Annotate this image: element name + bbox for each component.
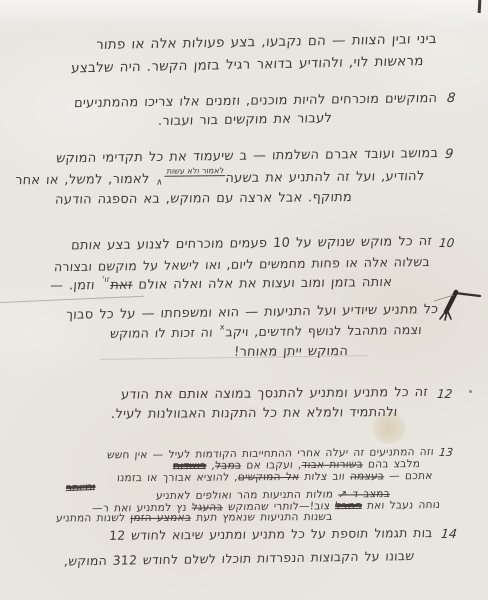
handwritten-line: ומיותר xyxy=(65,481,95,494)
handwritten-line: ביני ובין הצוות — הם נקבעו, בצע פעולות א… xyxy=(96,32,438,53)
clause-number: 8 xyxy=(446,91,456,106)
handwritten-line: לעבור את מוקשים בור ועבור. xyxy=(158,112,333,130)
handwritten-text: אותה בזמן ומוב ועצות את אלה ואלה אולם xyxy=(132,275,393,293)
handwritten-text: זה כל מוקש שנוקש על 10 פעמים מוכרחים לצנ… xyxy=(70,234,432,253)
handwritten-text: בשלוה אלה או פחות מחמשים ליום, ואו לישאל… xyxy=(54,254,431,274)
handwritten-line: בשנות התניעות שנאמץ תעת באמצע הזמן לשנות… xyxy=(55,511,332,525)
handwritten-text: , ועקבו אם xyxy=(241,459,302,472)
handwritten-text: לשנות המתניע xyxy=(55,512,130,524)
handwritten-text: וצמה מתהבל לנושף לחדשים, ויקב xyxy=(225,322,423,339)
handwritten-text: אתכם — xyxy=(383,470,432,482)
handwritten-line: שבונו על הקבוצות הנפרדות תוכלו לשלם לחוד… xyxy=(63,549,414,569)
inserted-text-above: לאמור ולא עשות xyxy=(164,166,226,177)
handwritten-line: המוקשים מוכרחים להיות מוכנים, וזמנים אלו… xyxy=(73,92,437,112)
insertion-caret: ∧ xyxy=(155,178,163,188)
handwritten-text: כל מתניע שיודיע ועל התניעות — הוא ומשפחת… xyxy=(65,302,438,323)
clause-number: 13 xyxy=(438,446,453,459)
handwritten-text: שבונו על הקבוצות הנפרדות תוכלו לשלם לחוד… xyxy=(63,548,414,569)
scanned-page: ביני ובין הצוות — הם נקבעו, בצע פעולות א… xyxy=(0,0,488,600)
handwritten-line: כל מתניע שיודיע ועל התניעות — הוא ומשפחת… xyxy=(65,303,438,324)
superscript-note: זו' xyxy=(102,275,110,284)
handwritten-text: מלבצ בהם xyxy=(362,458,420,471)
clause-number: 14 xyxy=(440,526,457,541)
handwritten-line: ולהתמיד ולמלא את כל התקנות האבוולנות לעי… xyxy=(110,406,398,423)
handwritten-line: המוקש ייתן מאוחר! xyxy=(233,345,348,361)
handwritten-text: וזמן. — xyxy=(50,278,102,294)
handwritten-text: ולהתמיד ולמלא את כל התקנות האבוולנות לעי… xyxy=(110,405,398,422)
struck-text: במצב ד ↗ xyxy=(338,488,391,500)
handwritten-text: מתוקף. אבל ארצה עם המוקש, בא הספגה הודעה xyxy=(55,190,353,208)
handwritten-line: וצמה מתהבל לנושף לחדשים, ויקבx וה זכות ל… xyxy=(110,323,423,341)
heavily-struck-text: פמבל xyxy=(334,500,362,512)
struck-text: במבל xyxy=(214,460,241,472)
handwritten-text: ווב צלות xyxy=(298,471,350,483)
struck-text: בשורות אבוד xyxy=(301,458,363,471)
struck-text: אל המוקשים xyxy=(237,471,299,483)
handwritten-text: להודיע, ועל זה להתניע את בשעה xyxy=(225,169,425,186)
handwritten-text: , להוציא אבורך או בזמנו xyxy=(116,471,238,484)
handwritten-line: זה כל מוקש שנוקש על 10 פעמים מוכרחים לצנ… xyxy=(70,235,432,254)
clause-number: 9 xyxy=(444,147,454,162)
handwritten-text: נוחה נעבל ואת xyxy=(361,499,440,512)
handwritten-line: בות תגמול תוספת על כל מתניע ומתניע שיבוא… xyxy=(109,526,434,543)
clause-number: 12 xyxy=(436,387,453,401)
handwritten-text: מראשות לוי, ולהודיע בדואר רגיל בזמן הקשר… xyxy=(71,53,425,76)
struck-text: באמצע הזמן xyxy=(129,512,191,524)
handwritten-text: במושב ועובד אברם השלמתו — ב שיעמוד את כל… xyxy=(55,146,438,166)
handwritten-line: להודיע, ועל זה להתניע את בשעהלאמור ולא ע… xyxy=(14,170,424,189)
heavily-struck-text: בושדות xyxy=(172,460,206,472)
heavily-struck-text: ומיותר xyxy=(65,481,95,494)
handwritten-text: בות תגמול תוספת על כל מתניע ומתניע שיבוא… xyxy=(109,525,434,543)
clause-number: 10 xyxy=(438,236,455,250)
handwritten-line: אותה בזמן ומוב ועצות את אלה ואלה אולם זא… xyxy=(50,276,393,295)
handwritten-line: זה כל מתניע ומתניע להתנסך במוצה אותם את … xyxy=(120,386,428,404)
handwritten-text-layer: ביני ובין הצוות — הם נקבעו, בצע פעולות א… xyxy=(0,0,488,600)
handwritten-line: מתוקף. אבל ארצה עם המוקש, בא הספגה הודעה xyxy=(55,191,353,209)
struck-text: בעצמה xyxy=(349,470,384,482)
handwritten-text: זה כל מתניע ומתניע להתנסך במוצה אותם את … xyxy=(121,385,429,403)
handwritten-text: ביני ובין הצוות — הם נקבעו, בצע פעולות א… xyxy=(96,31,438,53)
handwritten-text: המוקשים מוכרחים להיות מוכנים, וזמנים אלו… xyxy=(73,91,437,111)
handwritten-line: אתכם — בעצמה ווב צלות אל המוקשים, להוציא… xyxy=(116,470,432,484)
struck-text: זאת xyxy=(110,278,133,293)
handwritten-text: המוקש ייתן מאוחר! xyxy=(234,344,349,360)
handwritten-text: וה זכות לו המוקש xyxy=(110,324,220,340)
handwritten-text: בשנות התניעות שנאמץ תעת xyxy=(190,511,332,524)
handwritten-line: במושב ועובד אברם השלמתו — ב שיעמוד את כל… xyxy=(55,147,438,167)
handwritten-text: לאמור, למשל, או אחר xyxy=(14,172,155,188)
handwritten-line: מראשות לוי, ולהודיע בדואר רגיל בזמן הקשר… xyxy=(71,54,425,77)
handwritten-line: בשלוה אלה או פחות מחמשים ליום, ואו לישאל… xyxy=(54,255,431,275)
superscript-note: x xyxy=(220,322,226,331)
handwritten-text: לעבור את מוקשים בור ועבור. xyxy=(158,111,333,129)
